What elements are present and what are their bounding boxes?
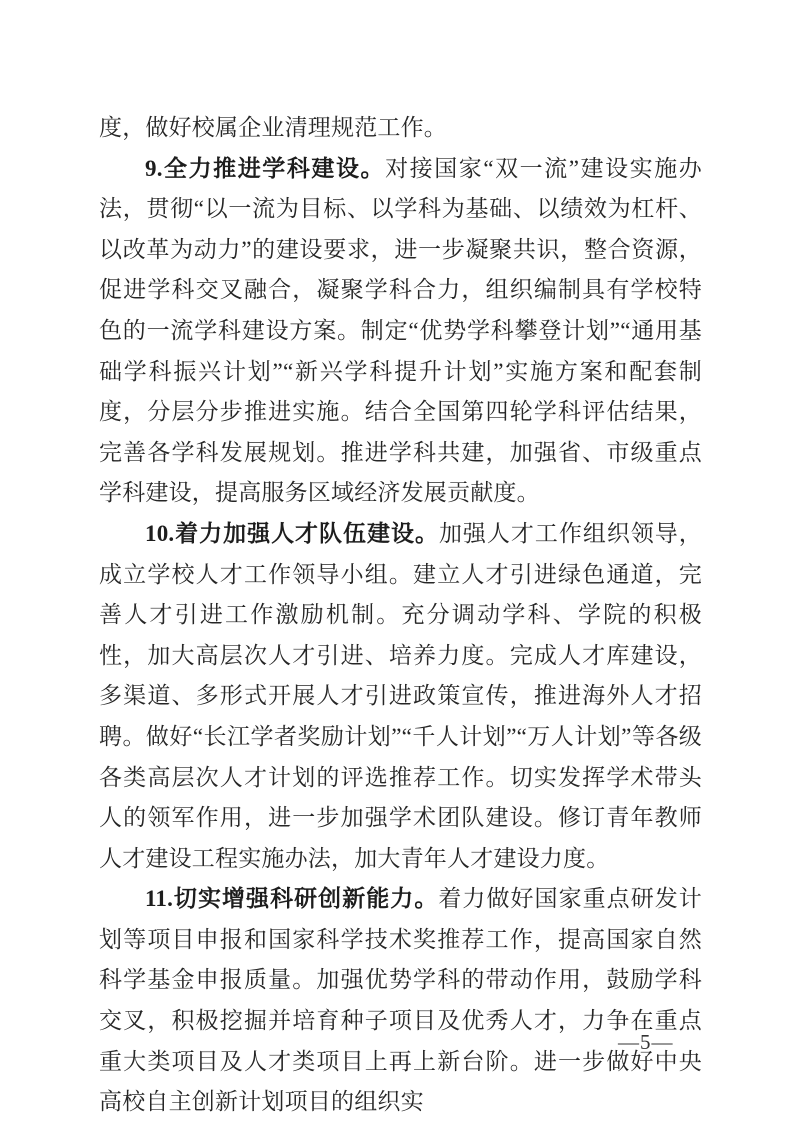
paragraph-9: 9.全力推进学科建设。对接国家“双一流”建设实施办法，贯彻“以一流为目标、以学科… [99, 149, 702, 514]
paragraph-10: 10.着力加强人才队伍建设。加强人才工作组织领导，成立学校人才工作领导小组。建立… [99, 514, 702, 879]
paragraph-11-body: 着力做好国家重点研发计划等项目申报和国家科学技术奖推荐工作，提高国家自然科学基金… [99, 886, 702, 1114]
paragraph-9-body: 对接国家“双一流”建设实施办法，贯彻“以一流为目标、以学科为基础、以绩效为杠杆、… [99, 156, 702, 506]
document-text-block: 度，做好校属企业清理规范工作。 9.全力推进学科建设。对接国家“双一流”建设实施… [99, 108, 702, 1123]
paragraph-10-heading: 10.着力加强人才队伍建设。 [145, 521, 439, 546]
page-number: —5— [618, 1030, 674, 1055]
paragraph-10-body: 加强人才工作组织领导，成立学校人才工作领导小组。建立人才引进绿色通道，完善人才引… [99, 521, 702, 871]
continuation-line: 度，做好校属企业清理规范工作。 [99, 108, 702, 149]
document-page: 度，做好校属企业清理规范工作。 9.全力推进学科建设。对接国家“双一流”建设实施… [0, 0, 800, 1134]
paragraph-11: 11.切实增强科研创新能力。着力做好国家重点研发计划等项目申报和国家科学技术奖推… [99, 879, 702, 1123]
paragraph-9-heading: 9.全力推进学科建设。 [145, 156, 385, 181]
paragraph-11-heading: 11.切实增强科研创新能力。 [145, 886, 438, 911]
